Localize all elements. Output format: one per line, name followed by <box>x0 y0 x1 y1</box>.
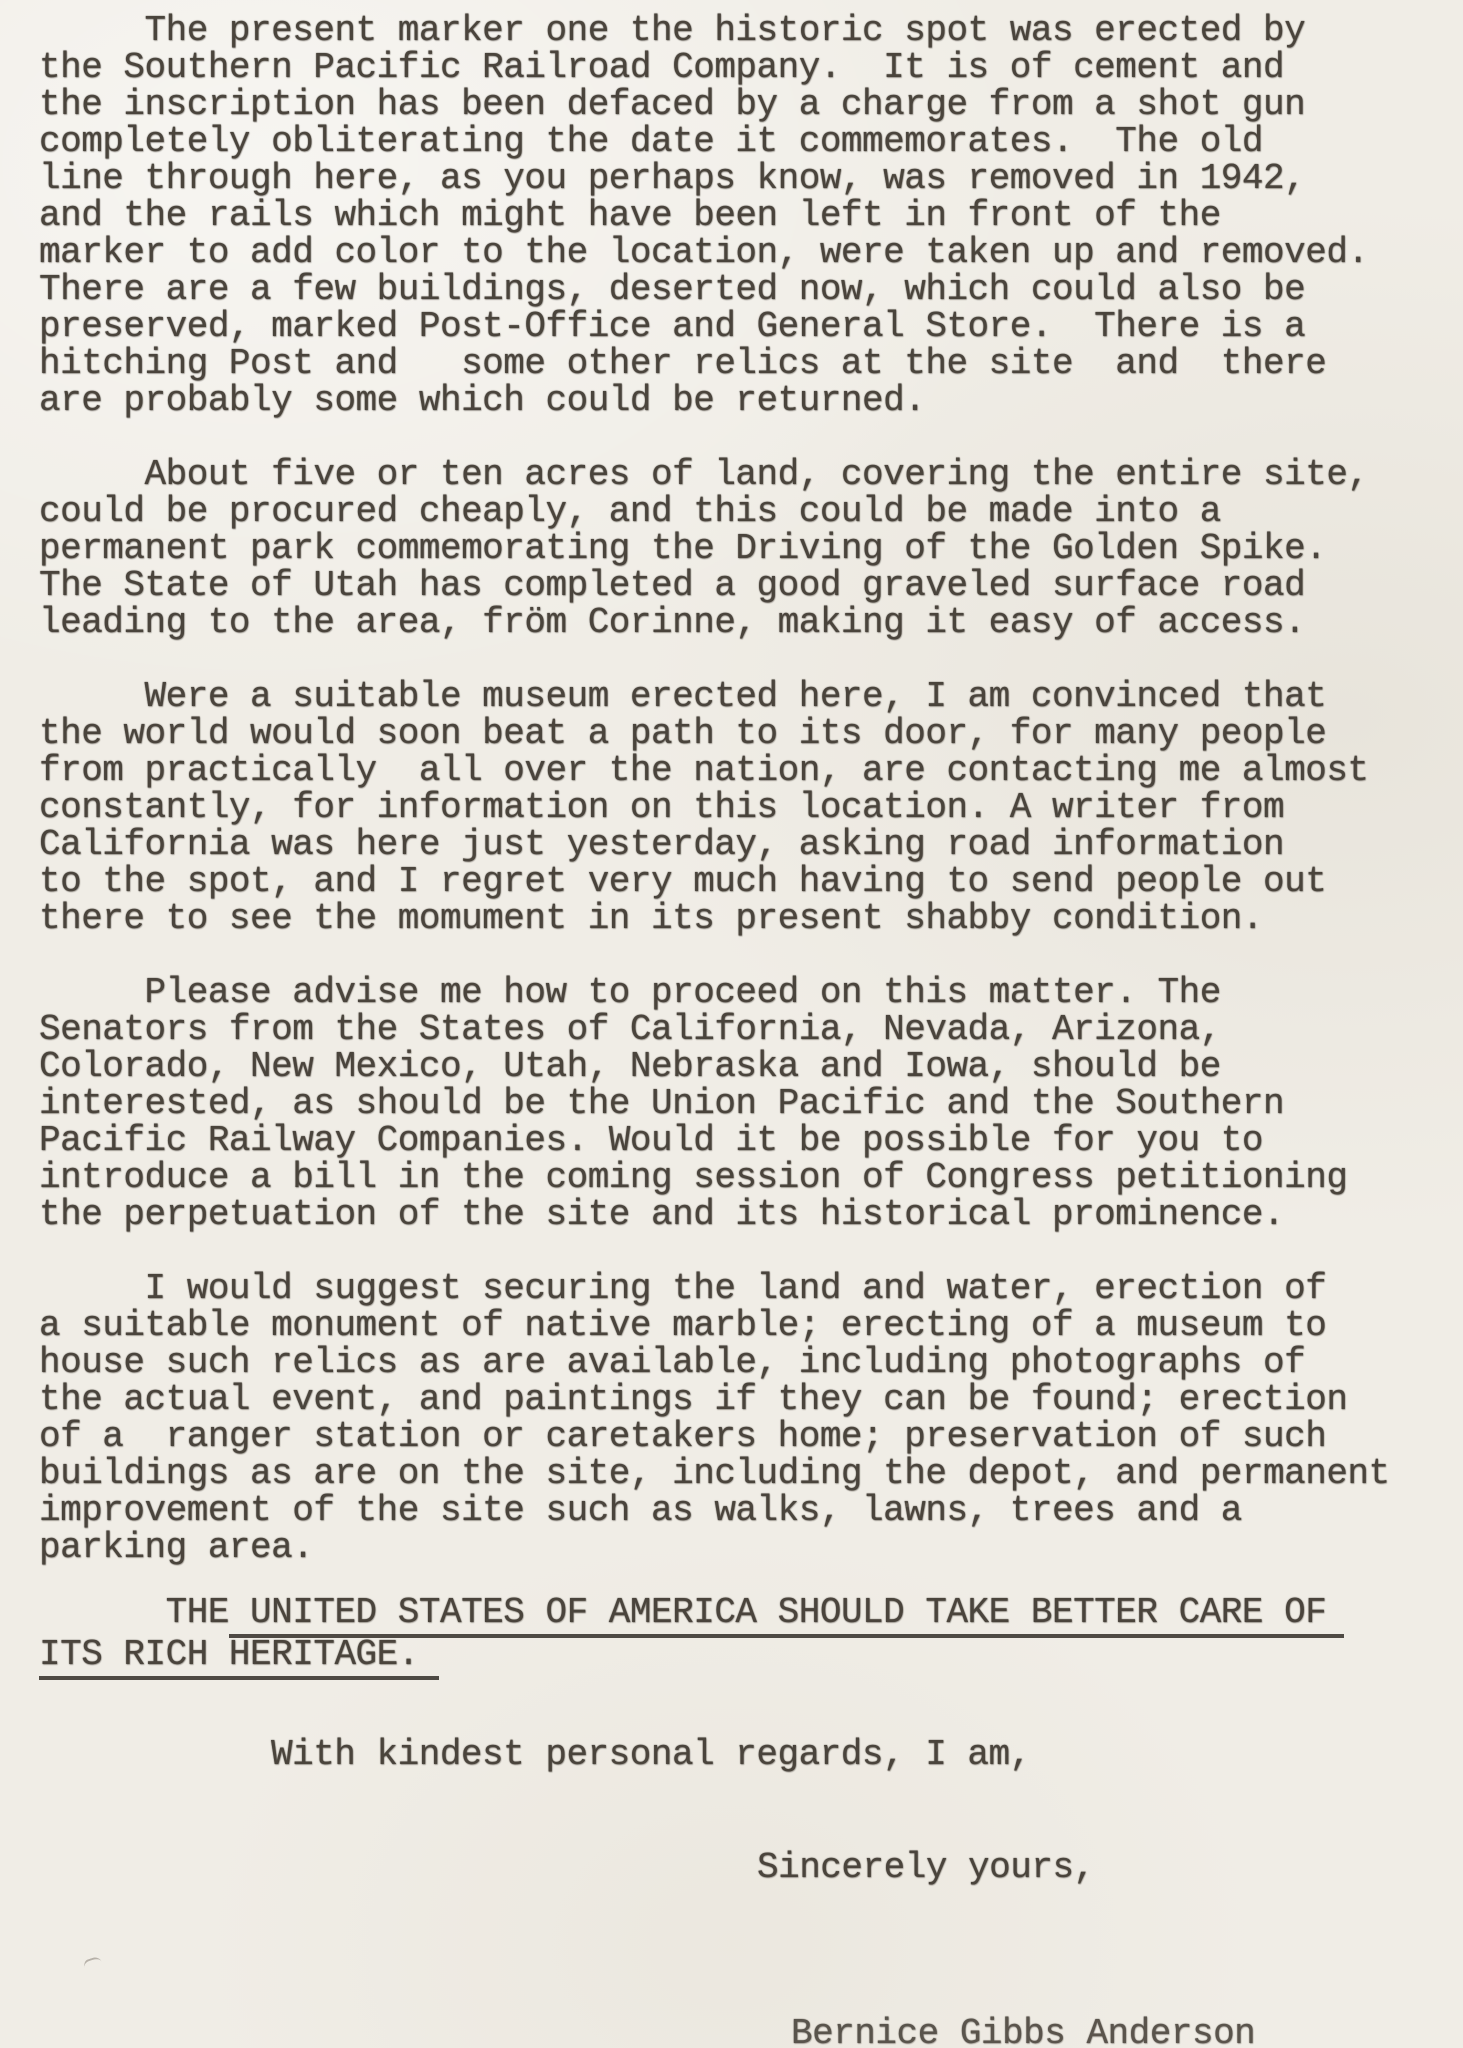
heading-line-2: ITS RICH HERITAGE. <box>39 1634 1453 1676</box>
heading-line-1: THE UNITED STATES OF AMERICA SHOULD TAKE… <box>39 1592 1453 1634</box>
heading-underlined-text-2: ITS RICH HERITAGE. <box>39 1634 439 1680</box>
closing-line: With kindest personal regards, I am, <box>39 1736 1453 1773</box>
signoff-line: Sincerely yours, <box>39 1849 1453 1886</box>
signature-name: Bernice Gibbs Anderson <box>39 2015 1453 2048</box>
paragraph-marker-description: The present marker one the historic spot… <box>39 12 1453 419</box>
heading-prefix: THE <box>39 1592 229 1633</box>
paragraph-suggestions: I would suggest securing the land and wa… <box>39 1270 1453 1566</box>
heading-underlined-text-1: UNITED STATES OF AMERICA SHOULD TAKE BET… <box>229 1592 1344 1638</box>
emphasis-heading: THE UNITED STATES OF AMERICA SHOULD TAKE… <box>39 1592 1453 1676</box>
ink-speck <box>905 1503 909 1507</box>
letter-page: The present marker one the historic spot… <box>0 0 1463 2048</box>
paragraph-please-advise: Please advise me how to proceed on this … <box>39 974 1453 1233</box>
paragraph-land-park: About five or ten acres of land, coverin… <box>39 456 1453 641</box>
paragraph-museum: Were a suitable museum erected here, I a… <box>39 678 1453 937</box>
letter-body: The present marker one the historic spot… <box>39 12 1453 2048</box>
